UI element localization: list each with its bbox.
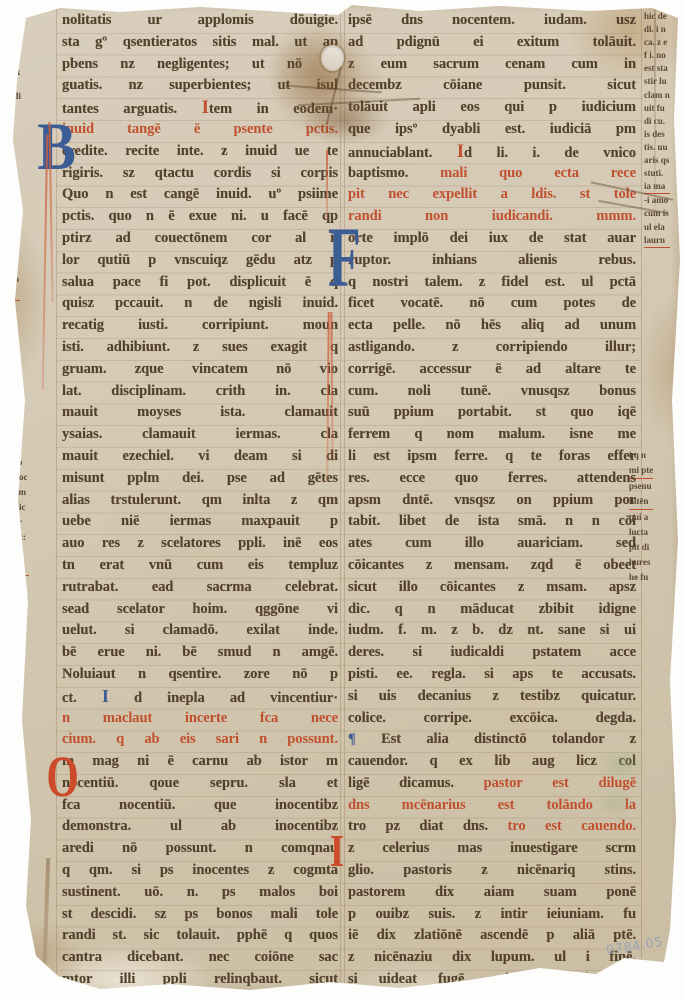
text-segment: mauit moyses ista. clamauit [62, 404, 338, 420]
text-line: q nostri talem. z fidel est. ul pctā [348, 272, 636, 294]
text-line: ¶ Est alia distinctō tolandor z [348, 729, 636, 751]
text-line: randi st. sic tolauit. pphē q quos [62, 925, 338, 947]
gloss-line: gm [4, 18, 21, 30]
gloss-line: quo [2, 157, 20, 171]
text-segment: tantes arguatis. [62, 101, 202, 117]
text-line: tabit. libet de ista smā. n n cōi [348, 511, 636, 533]
text-segment: ruptor. inhians alienis rebus. [348, 252, 636, 268]
text-segment: deres. si iudicaldi pstatem acce [348, 644, 636, 660]
gloss-line: no [4, 78, 21, 90]
text-segment: ecta pelle. nō hēs aliq ad unum [348, 317, 636, 333]
text-line: corrigē. accessur ē ad altare te [348, 359, 636, 381]
text-line: si uis decanius z testibz quicatur. [348, 686, 636, 708]
text-segment: tro pz diat dns. [348, 818, 508, 834]
gloss-line: ca. z e [644, 36, 670, 49]
text-segment: lat. disciplinam. crith in. cla [62, 383, 338, 399]
left-margin-gloss-top: bi:gmhmiemd aruo xnoitedi [4, 6, 21, 102]
text-segment: alias trstulerunt. qm inlta z qm [62, 492, 338, 508]
text-line: z celerius mas inuestigare scrm [348, 838, 636, 860]
text-line: cōicantes z mensam. zqd ē obeet [348, 555, 636, 577]
gloss-line: noc [14, 470, 29, 485]
text-segment: Noluiaut n qsentire. zore nō p [62, 666, 338, 682]
text-segment: tn erat vnū cum eis templuz [62, 557, 338, 573]
gloss-line: rr [14, 515, 29, 530]
text-line: astligando. z corripiendo illur; [348, 337, 636, 359]
left-margin-gloss-upper: reobt.rērefquoog:iup.is rdeultexpexmiquo… [2, 100, 20, 301]
text-line: mtor illi ppli relinqbaut. sicut [62, 969, 338, 991]
text-segment: aredi nō possunt. n comqnau [62, 840, 338, 856]
text-line: misunt pplm dei. pse ad gētes [62, 468, 338, 490]
text-line: pctis. quo n ē exue ni. u facē qp [62, 206, 338, 228]
gloss-line: iup. [2, 186, 20, 200]
gloss-line: expe [2, 243, 20, 257]
gloss-line: xm [2, 257, 20, 271]
text-segment: z celerius mas inuestigare scrm [348, 840, 636, 856]
text-segment: ¶ [348, 731, 381, 747]
text-segment: eredite. recite inte. z inuid ue te [62, 143, 338, 159]
text-segment: gruam. zque vincatem nō vio [62, 361, 338, 377]
text-line: ipsē dns nocentem. iudam. usz [348, 10, 636, 32]
text-segment: sustinent. uō. n. ps malos boi [62, 884, 338, 900]
text-segment: q nostri talem. z fidel est. ul pctā [348, 274, 636, 290]
gloss-line: dic [14, 500, 29, 515]
text-segment: si uis decanius z testibz quicatur. [348, 688, 636, 704]
text-line: cum. noli tunē. vnusqsz bonus [348, 381, 636, 403]
gloss-line: clam n [644, 89, 670, 102]
text-segment: ad pdignū ei exitum tolāuit. [348, 34, 636, 50]
text-segment: sta gº qsentieratos sitis mal. ut ap [62, 34, 338, 50]
text-segment: mali quo ecta rece [440, 165, 636, 181]
gloss-line: laurn [644, 234, 670, 248]
text-segment: nocentiū. qoue sepru. sla et [62, 775, 338, 791]
gloss-line: iquo [2, 272, 20, 286]
text-column-2: ipsē dns nocentem. iudam. uszad pdignū e… [348, 10, 636, 991]
text-line: rigiris. sz qtactu cordis si corpis [62, 163, 338, 185]
text-segment: isti. adhibiunt. z sues exagit q [62, 339, 338, 355]
text-line: que ipsº dyabli est. iudiciā pm [348, 119, 636, 141]
gloss-line: de [2, 214, 20, 228]
text-segment: Est alia distinctō tolandor z [381, 731, 636, 747]
text-line: glio. pastoris z nicēnariq stins. [348, 860, 636, 882]
penwork-flourish-icon [326, 150, 328, 220]
text-line: si uideat fugē. quia nē illi cum [348, 969, 636, 991]
crease [42, 858, 50, 986]
text-line: auo res z scelatores ppli. inē eos [62, 533, 338, 555]
text-segment: suū ppium portabit. st quo iqē [348, 404, 636, 420]
text-line: ruptor. inhians alienis rebus. [348, 250, 636, 272]
text-line: lat. disciplinam. crith in. cla [62, 381, 338, 403]
text-line: ecta pelle. nō hēs aliq ad unum [348, 315, 636, 337]
text-segment: auo res z scelatores ppli. inē eos [62, 535, 338, 551]
text-segment: que ipsº dyabli est. iudiciā pm [348, 121, 636, 137]
text-line: apsm dntē. vnsqsz on ppium por [348, 490, 636, 512]
gloss-line: om [14, 485, 29, 500]
text-segment: uelut. si clamadō. exilat inde. [62, 622, 338, 638]
parchment-leaf: bi:gmhmiemd aruo xnoitedi reobt.rērefquo… [0, 0, 684, 1000]
text-segment: salua pace fi pot. displicuit ē q [62, 274, 338, 290]
gloss-line: ia ma [644, 180, 670, 194]
text-line: m mag ni ē carnu ab istor m [62, 751, 338, 773]
text-segment: tabit. libet de ista smā. n n cōi [348, 513, 636, 529]
left-margin-gloss-mid: ronocomdicrruc:usntnabsisa i [14, 455, 29, 621]
text-segment: apsm dntē. vnsqsz on ppium por [348, 492, 636, 508]
text-line: dic. q n māducat zbibit idigne [348, 599, 636, 621]
text-line: decembz cōiane punsit. sicut [348, 75, 636, 97]
gloss-line: aris qs [644, 154, 670, 167]
gloss-line: og: [2, 171, 20, 185]
text-line: res. ecce quo ferres. attendens [348, 468, 636, 490]
blue-initial-b-icon: B [37, 112, 76, 180]
text-line: ysaias. clamauit iermas. cla [62, 424, 338, 446]
gloss-line: oli- [2, 286, 20, 301]
text-segment: misunt pplm dei. pse ad gētes [62, 470, 338, 486]
text-line: aredi nō possunt. n comqnau [62, 838, 338, 860]
text-segment: ct. [62, 690, 102, 706]
text-segment: quisz pccauit. n de ngisli inuid. [62, 295, 338, 311]
text-line: st descidi. sz ps bonos mali tole [62, 904, 338, 926]
text-line: iē dix zlatiōnē ascendē p aliā ptē. [348, 925, 636, 947]
text-line: salua pace fi pot. displicuit ē q [62, 272, 338, 294]
text-segment: mauit ezechiel. vi deam si di [62, 448, 338, 464]
text-segment: ferrem q nom malum. isne me [348, 426, 636, 442]
text-line: recatig iusti. corripiunt. moun [62, 315, 338, 337]
text-line: ad pdignū ei exitum tolāuit. [348, 32, 636, 54]
text-line: sead scelator hoim. qggōne vi [62, 599, 338, 621]
text-line: fca nocentiū. que inocentibz [62, 795, 338, 817]
text-segment: z eum sacrum cenam cum in [348, 56, 636, 72]
gloss-line: ult [2, 229, 20, 243]
text-line: quisz pccauit. n de ngisli inuid. [62, 293, 338, 315]
text-line: lor qutiū p vnscuiqz gēdu atz p [62, 250, 338, 272]
text-segment: astligando. z corripiendo illur; [348, 339, 636, 355]
text-segment: d li. i. de vnico [464, 145, 636, 161]
gloss-line: est sta [644, 62, 670, 75]
text-line: ficet vocatē. nō cum potes de [348, 293, 636, 315]
text-segment: I [202, 97, 209, 118]
text-line: inuid tangē ē psente pctis. [62, 119, 338, 141]
text-segment: Quo n est cangē inuid. uº psiime [62, 186, 338, 202]
gloss-line: uc: [14, 530, 29, 545]
text-line: mauit moyses ista. clamauit [62, 402, 338, 424]
text-line: dns mcēnarius est tolāndo la [348, 795, 636, 817]
text-segment: dns mcēnarius est tolāndo la [348, 797, 636, 813]
text-line: Quo n est cangē inuid. uº psiime [62, 184, 338, 206]
text-segment: pisti. ee. regla. si aps te accusats. [348, 666, 636, 682]
text-segment: baptismo. [348, 165, 440, 181]
text-segment: ipsē dns nocentem. iudam. usz [348, 12, 636, 28]
text-line: ptirz ad couectōnem cor al il [62, 228, 338, 250]
red-initial-o-icon: O [46, 748, 78, 806]
text-segment: cōicantes z mensam. zqd ē obeet [348, 557, 636, 573]
text-segment: pbens nz negligentes; ut nō ar [62, 56, 338, 72]
gloss-line: nt [14, 560, 29, 576]
text-segment: ficet vocatē. nō cum potes de [348, 295, 636, 311]
text-segment: n maclaut incerte fca nece [62, 710, 338, 726]
gloss-line: na [14, 576, 29, 591]
text-line: sustinent. uō. n. ps malos boi [62, 882, 338, 904]
text-segment: pctis. quo n ē exue ni. u facē qp [62, 208, 338, 224]
text-line: tn erat vnū cum eis templuz [62, 555, 338, 577]
text-segment: tolāuit apli eos qui p iudicium [348, 99, 636, 115]
text-segment: I [102, 686, 109, 706]
text-segment: sead scelator hoim. qggōne vi [62, 601, 338, 617]
column-rule-gutter-2 [344, 6, 345, 986]
text-segment: iē dix zlatiōnē ascendē p aliā ptē. [348, 927, 636, 943]
text-line: iudm. f. m. z b. dz nt. sane si ui [348, 620, 636, 642]
text-line: alias trstulerunt. qm inlta z qm [62, 490, 338, 512]
gloss-line: uit fu [644, 102, 670, 115]
text-segment: corrigē. accessur ē ad altare te [348, 361, 636, 377]
text-column-1: nolitatis ur applomis dōuigie.sta gº qse… [62, 10, 338, 991]
gloss-line: reo [2, 100, 20, 114]
gloss-line: di cu. [644, 115, 670, 128]
text-line: pisti. ee. regla. si aps te accusats. [348, 664, 636, 686]
gloss-line: hm [4, 30, 21, 42]
text-line: ferrem q nom malum. isne me [348, 424, 636, 446]
manuscript-photo: bi:gmhmiemd aruo xnoitedi reobt.rērefquo… [0, 0, 684, 1000]
gloss-line: rē [2, 129, 20, 143]
text-line: tantes arguatis. Item in eodem· [62, 97, 338, 119]
gloss-line: d ar [4, 54, 21, 66]
text-segment: cantra dicebant. nec coiōne sac [62, 949, 338, 965]
text-segment: li est ipsm ferre. q te foras effer [348, 448, 636, 464]
text-segment: randi non iudicandi. mmm. [348, 208, 636, 224]
gloss-line: f i. no [644, 49, 670, 62]
text-segment: glio. pastoris z nicēnariq stins. [348, 862, 636, 878]
gloss-line: is des [644, 128, 670, 141]
text-line: colice. corripe. excōica. degda. [348, 708, 636, 730]
text-line: annuciablant. Id li. i. de vnico [348, 141, 636, 163]
text-line: nocentiū. qoue sepru. sla et [62, 773, 338, 795]
red-initial-i-icon: I [330, 828, 344, 874]
text-line: mauit ezechiel. vi deam si di [62, 446, 338, 468]
text-line: suū ppium portabit. st quo iqē [348, 402, 636, 424]
gloss-line: bsis [14, 591, 29, 606]
text-line: ates cum illo auariciam. sed [348, 533, 636, 555]
gloss-line: is r [2, 200, 20, 214]
text-line: li est ipsm ferre. q te foras effer [348, 446, 636, 468]
text-line: bē erue ni. bē smud n amgē. [62, 642, 338, 664]
text-segment: pastorem dix aiam suam ponē [348, 884, 636, 900]
text-line: tro pz diat dns. tro est cauendo. [348, 816, 636, 838]
text-segment: rutrabat. ead sacrma celebrat. [62, 579, 338, 595]
text-segment: fca nocentiū. que inocentibz [62, 797, 338, 813]
text-segment: I [457, 141, 464, 162]
text-segment: d inepla ad vincentiur· [109, 690, 338, 706]
text-segment: cium. q ab eis sari n possunt. [62, 731, 338, 747]
text-line: uelut. si clamadō. exilat inde. [62, 620, 338, 642]
text-segment: ysaias. clamauit iermas. cla [62, 426, 338, 442]
text-segment: inuid tangē ē psente pctis. [62, 121, 338, 137]
text-segment: pit nec expellit a ldis. st tole [348, 186, 636, 202]
gloss-line: ref [2, 143, 20, 157]
text-line: pastorem dix aiam suam ponē [348, 882, 636, 904]
text-segment: q qm. si ps inocentes z cogmta [62, 862, 338, 878]
text-segment: z nicēnaziu dix lupum. ul i finē. [348, 949, 636, 965]
text-segment: decembz cōiane punsit. sicut [348, 77, 636, 93]
text-line: z nicēnaziu dix lupum. ul i finē. [348, 947, 636, 969]
gloss-line: us [14, 545, 29, 560]
text-segment: randi st. sic tolauit. pphē q quos [62, 927, 338, 943]
text-segment: p ouibz suis. z intir ieiuniam. fu [348, 906, 636, 922]
text-segment: recatig iusti. corripiunt. moun [62, 317, 338, 333]
text-line: deres. si iudicaldi pstatem acce [348, 642, 636, 664]
text-line: n maclaut incerte fca nece [62, 708, 338, 730]
text-line: nolitatis ur applomis dōuigie. [62, 10, 338, 32]
text-segment: orte implō dei iux de stat auar [348, 230, 636, 246]
text-line: q qm. si ps inocentes z cogmta [62, 860, 338, 882]
text-segment: pastor est dilugē [484, 775, 636, 791]
text-segment: annuciablant. [348, 145, 457, 161]
text-segment: dic. q n māducat zbibit idigne [348, 601, 636, 617]
text-line: rutrabat. ead sacrma celebrat. [62, 577, 338, 599]
text-segment: st descidi. sz ps bonos mali tole [62, 906, 338, 922]
text-segment: res. ecce quo ferres. attendens [348, 470, 636, 486]
gloss-line: bt. [2, 114, 20, 128]
text-segment: rigiris. sz qtactu cordis si corpis [62, 165, 338, 181]
gloss-line: tis. uu [644, 141, 670, 154]
text-segment: ptirz ad couectōnem cor al il [62, 230, 338, 246]
text-segment: cum. noli tunē. vnusqsz bonus [348, 383, 636, 399]
text-segment: m mag ni ē carnu ab istor m [62, 753, 338, 769]
text-line: pbens nz negligentes; ut nō ar [62, 54, 338, 76]
text-line: p ouibz suis. z intir ieiuniam. fu [348, 904, 636, 926]
text-line: isti. adhibiunt. z sues exagit q [62, 337, 338, 359]
gloss-line: bi: [4, 6, 21, 18]
text-segment: mtor illi ppli relinqbaut. sicut [62, 971, 338, 987]
text-line: randi non iudicandi. mmm. [348, 206, 636, 228]
text-segment: bē erue ni. bē smud n amgē. [62, 644, 338, 660]
gloss-line: a i [14, 606, 29, 621]
text-segment: lor qutiū p vnscuiqz gēdu atz p [62, 252, 338, 268]
text-segment: nolitatis ur applomis dōuigie. [62, 12, 338, 28]
gloss-line: ul ela [644, 221, 670, 234]
gloss-line: ro [14, 455, 29, 470]
text-line: ct. I d inepla ad vincentiur· [62, 686, 338, 708]
text-segment: ligē dicamus. [348, 775, 484, 791]
text-line: uebe niē iermas maxpauit p [62, 511, 338, 533]
text-line: sicut illo cōicantes z msam. apsz [348, 577, 636, 599]
text-line: eredite. recite inte. z inuid ue te [62, 141, 338, 163]
text-segment: ates cum illo auariciam. sed [348, 535, 636, 551]
text-line: Noluiaut n qsentire. zore nō p [62, 664, 338, 686]
text-segment: sicut illo cōicantes z msam. apsz [348, 579, 636, 595]
text-segment: si uideat fugē. quia nē illi cum [348, 971, 636, 987]
text-line: sta gº qsentieratos sitis mal. ut ap [62, 32, 338, 54]
blue-initial-f-icon: F [328, 214, 361, 300]
text-segment: demonstra. ul ab inocentibz [62, 818, 338, 834]
text-line: cauendor. q ex lib aug licz col [348, 751, 636, 773]
text-line: ligē dicamus. pastor est dilugē [348, 773, 636, 795]
text-line: orte implō dei iux de stat auar [348, 228, 636, 250]
text-line: cium. q ab eis sari n possunt. [62, 729, 338, 751]
text-segment: uebe niē iermas maxpauit p [62, 513, 338, 529]
gloss-line: hic de [644, 10, 670, 23]
gloss-line: uo x [4, 66, 21, 78]
text-line: pit nec expellit a ldis. st tole [348, 184, 636, 206]
text-line: demonstra. ul ab inocentibz [62, 816, 338, 838]
gloss-line: stuti. [644, 167, 670, 180]
gloss-line: iem [4, 42, 21, 54]
text-line: gruam. zque vincatem nō vio [62, 359, 338, 381]
gloss-line: stir lu [644, 75, 670, 88]
text-segment: iudm. f. m. z b. dz nt. sane si ui [348, 622, 636, 638]
gloss-line: di. i n [644, 23, 670, 36]
text-segment: cauendor. q ex lib aug licz col [348, 753, 636, 769]
text-line: cantra dicebant. nec coiōne sac [62, 947, 338, 969]
text-line: z eum sacrum cenam cum in [348, 54, 636, 76]
text-segment: tro est cauendo. [508, 818, 637, 834]
text-segment: colice. corripe. excōica. degda. [348, 710, 636, 726]
